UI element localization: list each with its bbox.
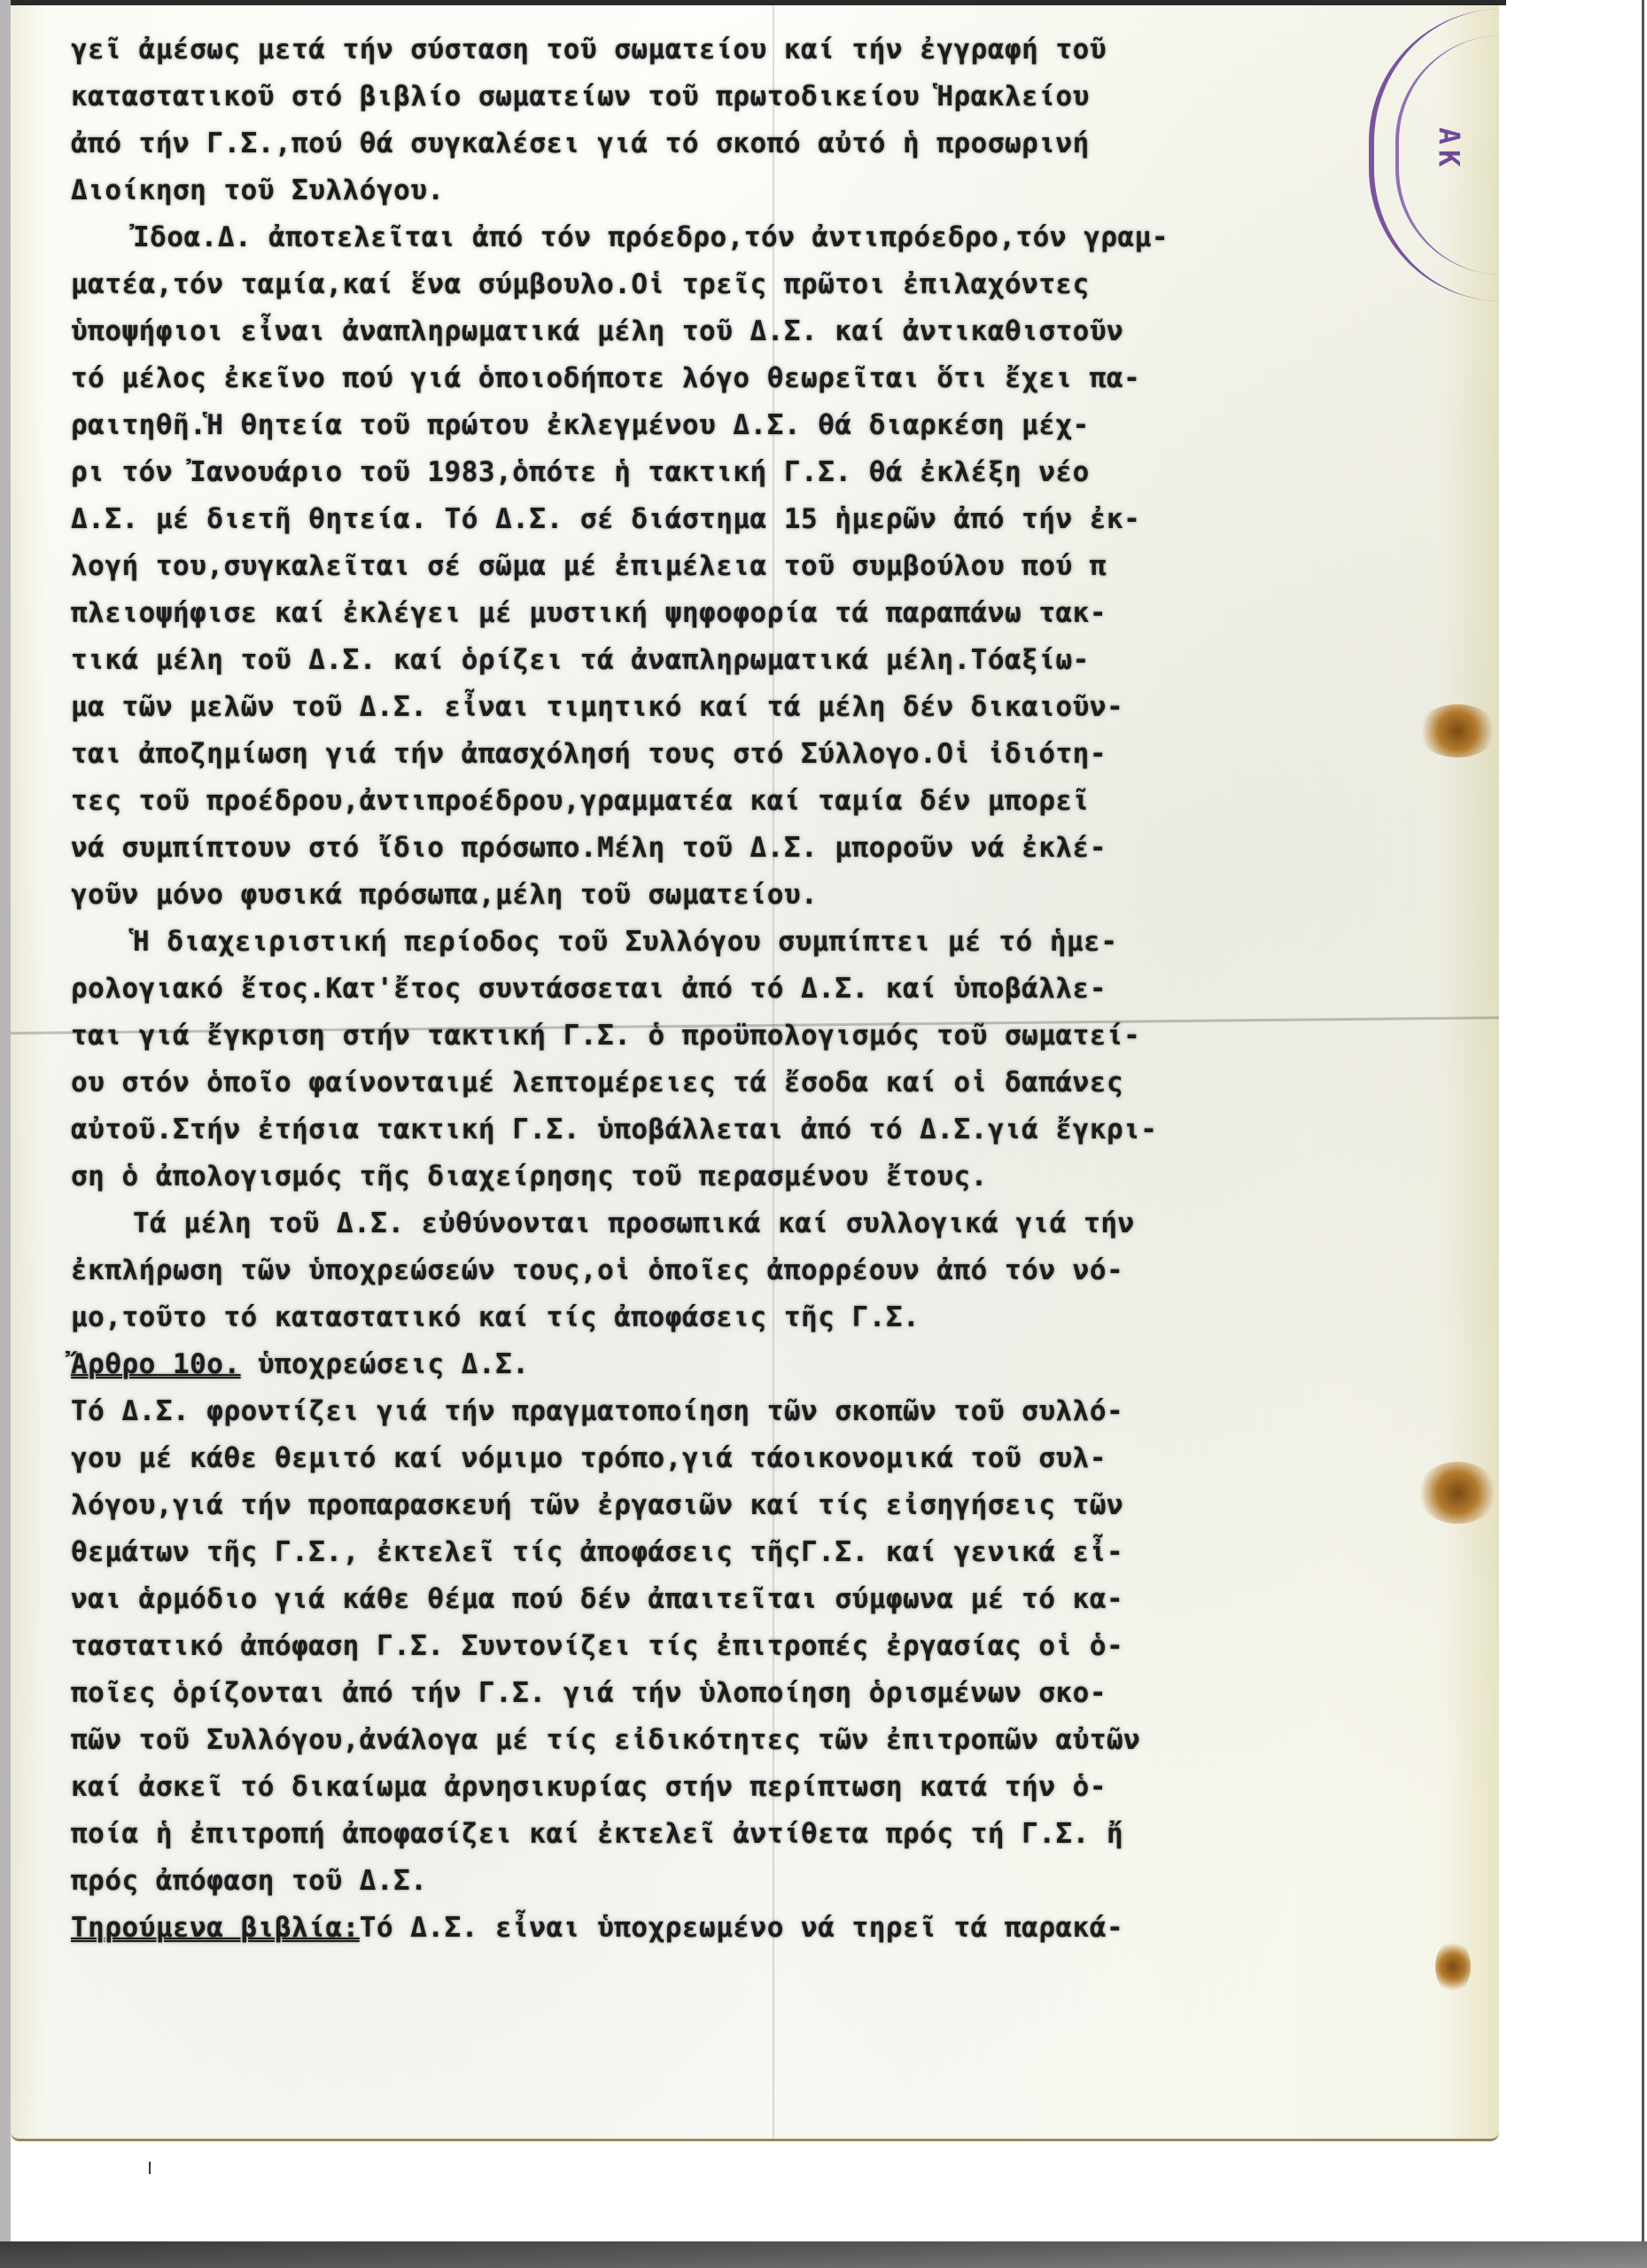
text-line: ὑποψήφιοι εἶναι ἀναπληρωματικά μέλη τοῦ … [71, 308, 1329, 355]
text-line: ται γιά ἔγκριση στήν τακτική Γ.Σ. ὁ προϋ… [71, 1013, 1329, 1060]
text-line: πῶν τοῦ Συλλόγου,ἀνάλογα μέ τίς εἰδικότη… [71, 1717, 1329, 1764]
text-line: ματέα,τόν ταμία,καί ἕνα σύμβουλο.Οἱ τρεῖ… [71, 261, 1329, 308]
text-line: λόγου,γιά τήν προπαρασκευή τῶν ἐργασιῶν … [71, 1482, 1329, 1529]
text-line: ποῖες ὁρίζονται ἀπό τήν Γ.Σ. γιά τήν ὑλο… [71, 1670, 1329, 1717]
text-line: τό μέλος ἐκεῖνο πού γιά ὁποιοδήποτε λόγο… [71, 355, 1329, 402]
text-line: καί ἀσκεῖ τό δικαίωμα ἀρνησικυρίας στήν … [71, 1764, 1329, 1811]
text-line: αὐτοῦ.Στήν ἐτήσια τακτική Γ.Σ. ὑποβάλλετ… [71, 1107, 1329, 1153]
article-subtitle: ὑποχρεώσεις Δ.Σ. [258, 1348, 530, 1380]
text-line: θεμάτων τῆς Γ.Σ., ἐκτελεῖ τίς ἀποφάσεις … [71, 1529, 1329, 1576]
text-line: γοῦν μόνο φυσικά πρόσωπα,μέλη τοῦ σωματε… [71, 872, 1329, 919]
typewritten-text: γεῖ ἀμέσως μετά τήν σύσταση τοῦ σωματείο… [71, 27, 1329, 1952]
text-line: μο,τοῦτο τό καταστατικό καί τίς ἀποφάσει… [71, 1294, 1329, 1341]
books-text: Τό Δ.Σ. εἶναι ὑποχρεωμένο νά τηρεῖ τά πα… [360, 1912, 1123, 1944]
stray-pen-mark [149, 2162, 151, 2174]
text-line: ση ὁ ἀπολογισμός τῆς διαχείρησης τοῦ περ… [71, 1153, 1329, 1200]
text-line: ταστατικό ἀπόφαση Γ.Σ. Συντονίζει τίς ἐπ… [71, 1623, 1329, 1670]
text-line: πρός ἀπόφαση τοῦ Δ.Σ. [71, 1858, 1329, 1905]
books-heading: Τηρούμενα βιβλία: [71, 1912, 360, 1944]
text-line: Διοίκηση τοῦ Συλλόγου. [71, 167, 1329, 214]
text-line: ρι τόν Ἰανουάριο τοῦ 1983,ὁπότε ἡ τακτικ… [71, 449, 1329, 496]
text-line: ρολογιακό ἔτος.Κατ'ἔτος συντάσσεται ἀπό … [71, 966, 1329, 1013]
text-line: Τό Δ.Σ. φροντίζει γιά τήν πραγματοποίηση… [71, 1388, 1329, 1435]
text-line: μα τῶν μελῶν τοῦ Δ.Σ. εἶναι τιμητικό καί… [71, 684, 1329, 731]
text-line: καταστατικοῦ στό βιβλίο σωματείων τοῦ πρ… [71, 74, 1329, 120]
scanner-left-edge [0, 0, 11, 2250]
text-line: πλειοψήφισε καί ἐκλέγει μέ μυστική ψηφοφ… [71, 590, 1329, 637]
text-line: ται ἀποζημίωση γιά τήν ἀπασχόλησή τους σ… [71, 731, 1329, 778]
ink-stamp-text: ΑΚ [1432, 128, 1465, 173]
text-line: λογή του,συγκαλεῖται σέ σῶμα μέ ἐπιμέλει… [71, 543, 1329, 590]
text-line: ραιτηθῆ.Ἡ θητεία τοῦ πρώτου ἐκλεγμένου Δ… [71, 402, 1329, 449]
text-line: ποία ἡ ἐπιτροπή ἀποφασίζει καί ἐκτελεῖ ἀ… [71, 1811, 1329, 1858]
text-line: Δ.Σ. μέ διετῆ θητεία. Τό Δ.Σ. σέ διάστημ… [71, 496, 1329, 543]
article-heading: Ἄρθρο 10ο. [71, 1348, 241, 1380]
scanner-bottom-edge [0, 2241, 1647, 2268]
text-line: ἐκπλήρωση τῶν ὑποχρεώσεών τους,οἱ ὁποῖες… [71, 1247, 1329, 1294]
text-line: γεῖ ἀμέσως μετά τήν σύσταση τοῦ σωματείο… [71, 27, 1329, 74]
text-line: ναι ἁρμόδιο γιά κάθε θέμα πού δέν ἀπαιτε… [71, 1576, 1329, 1623]
text-line: ἀπό τήν Γ.Σ.,πού θά συγκαλέσει γιά τό σκ… [71, 120, 1329, 167]
text-line: τικά μέλη τοῦ Δ.Σ. καί ὁρίζει τά ἀναπληρ… [71, 637, 1329, 684]
text-line-paragraph-start: Ἰδοα.Δ. ἀποτελεῖται ἀπό τόν πρόεδρο,τόν … [71, 214, 1329, 261]
text-line-paragraph-start: Ἡ διαχειριστική περίοδος τοῦ Συλλόγου συ… [71, 919, 1329, 966]
text-line: τες τοῦ προέδρου,ἀντιπροέδρου,γραμματέα … [71, 778, 1329, 825]
books-heading-line: Τηρούμενα βιβλία:Τό Δ.Σ. εἶναι ὑποχρεωμέ… [71, 1905, 1329, 1952]
text-line: νά συμπίπτουν στό ἴδιο πρόσωπο.Μέλη τοῦ … [71, 825, 1329, 872]
text-line: γου μέ κάθε θεμιτό καί νόμιμο τρόπο,γιά … [71, 1435, 1329, 1482]
rust-stain [1418, 1462, 1497, 1524]
rust-stain [1435, 1940, 1471, 1993]
rust-stain [1418, 704, 1497, 757]
text-line: ου στόν ὁποῖο φαίνονταιμέ λεπτομέρειες τ… [71, 1060, 1329, 1107]
text-line-paragraph-start: Τά μέλη τοῦ Δ.Σ. εὐθύνονται προσωπικά κα… [71, 1200, 1329, 1247]
article-heading-line: Ἄρθρο 10ο. ὑποχρεώσεις Δ.Σ. [71, 1341, 1329, 1388]
scanner-right-edge [1642, 0, 1644, 2241]
